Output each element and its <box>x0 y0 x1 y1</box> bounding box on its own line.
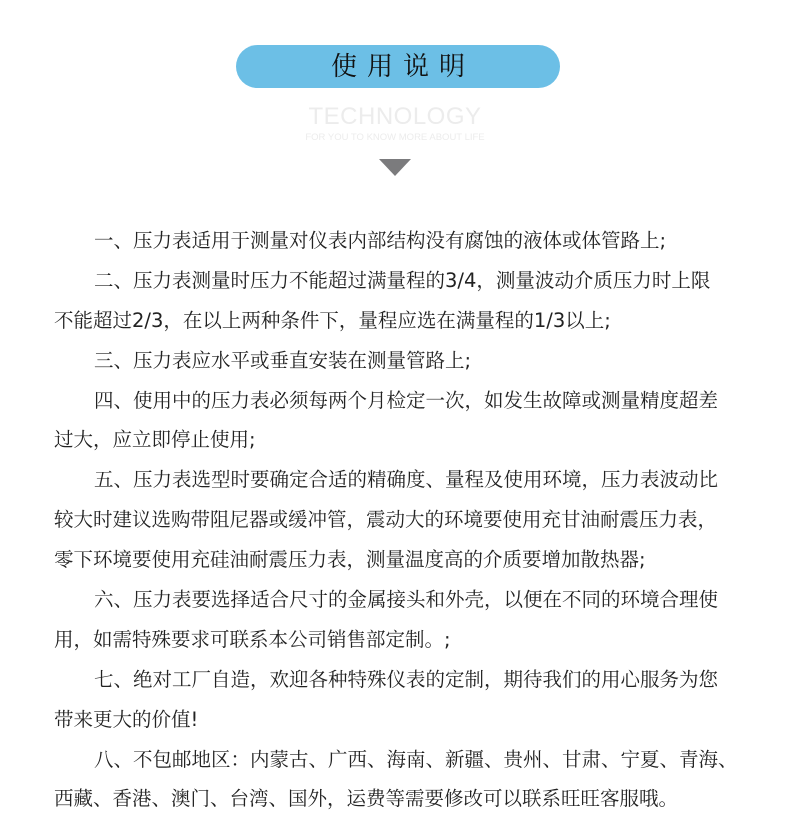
instruction-line: 过大，应立即停止使用; <box>54 420 744 460</box>
instruction-line: 四、使用中的压力表必须每两个月检定一次，如发生故障或测量精度超差 <box>54 381 744 421</box>
instruction-line: 一、压力表适用于测量对仪表内部结构没有腐蚀的液体或体管路上; <box>54 221 744 261</box>
instruction-line: 不能超过2/3，在以上两种条件下，量程应选在满量程的1/3以上; <box>54 301 744 341</box>
instruction-item-8: 八、不包邮地区：内蒙古、广西、海南、新疆、贵州、甘肃、宁夏、青海、 西藏、香港、… <box>54 740 744 820</box>
instruction-line: 二、压力表测量时压力不能超过满量程的3/4，测量波动介质压力时上限 <box>54 261 744 301</box>
instruction-line: 西藏、香港、澳门、台湾、国外，运费等需要修改可以联系旺旺客服哦。 <box>54 779 744 819</box>
watermark-title: TECHNOLOGY <box>0 104 790 130</box>
instruction-line: 零下环境要使用充硅油耐震压力表，测量温度高的介质要增加散热器; <box>54 540 744 580</box>
down-triangle-icon <box>379 159 411 176</box>
instruction-line: 用，如需特殊要求可联系本公司销售部定制。; <box>54 620 744 660</box>
instruction-item-4: 四、使用中的压力表必须每两个月检定一次，如发生故障或测量精度超差 过大，应立即停… <box>54 381 744 461</box>
instructions-list: 一、压力表适用于测量对仪表内部结构没有腐蚀的液体或体管路上; 二、压力表测量时压… <box>54 221 744 819</box>
instruction-line: 八、不包邮地区：内蒙古、广西、海南、新疆、贵州、甘肃、宁夏、青海、 <box>54 740 744 780</box>
page-title: 使用说明 <box>321 54 475 80</box>
instruction-item-1: 一、压力表适用于测量对仪表内部结构没有腐蚀的液体或体管路上; <box>54 221 744 261</box>
instruction-item-2: 二、压力表测量时压力不能超过满量程的3/4，测量波动介质压力时上限 不能超过2/… <box>54 261 744 341</box>
title-banner: 使用说明 <box>236 45 560 88</box>
instruction-line: 三、压力表应水平或垂直安装在测量管路上; <box>54 341 744 381</box>
watermark-subtitle: FOR YOU TO KNOW MORE ABOUT LIFE <box>0 132 790 144</box>
instruction-line: 较大时建议选购带阻尼器或缓冲管，震动大的环境要使用充甘油耐震压力表， <box>54 500 744 540</box>
instruction-line: 七、绝对工厂自造，欢迎各种特殊仪表的定制，期待我们的用心服务为您 <box>54 660 744 700</box>
instruction-line: 六、压力表要选择适合尺寸的金属接头和外壳，以便在不同的环境合理使 <box>54 580 744 620</box>
instruction-item-3: 三、压力表应水平或垂直安装在测量管路上; <box>54 341 744 381</box>
instruction-item-5: 五、压力表选型时要确定合适的精确度、量程及使用环境，压力表波动比 较大时建议选购… <box>54 460 744 580</box>
instruction-item-7: 七、绝对工厂自造，欢迎各种特殊仪表的定制，期待我们的用心服务为您 带来更大的价值… <box>54 660 744 740</box>
instruction-line: 五、压力表选型时要确定合适的精确度、量程及使用环境，压力表波动比 <box>54 460 744 500</box>
instruction-line: 带来更大的价值! <box>54 700 744 740</box>
instruction-item-6: 六、压力表要选择适合尺寸的金属接头和外壳，以便在不同的环境合理使 用，如需特殊要… <box>54 580 744 660</box>
